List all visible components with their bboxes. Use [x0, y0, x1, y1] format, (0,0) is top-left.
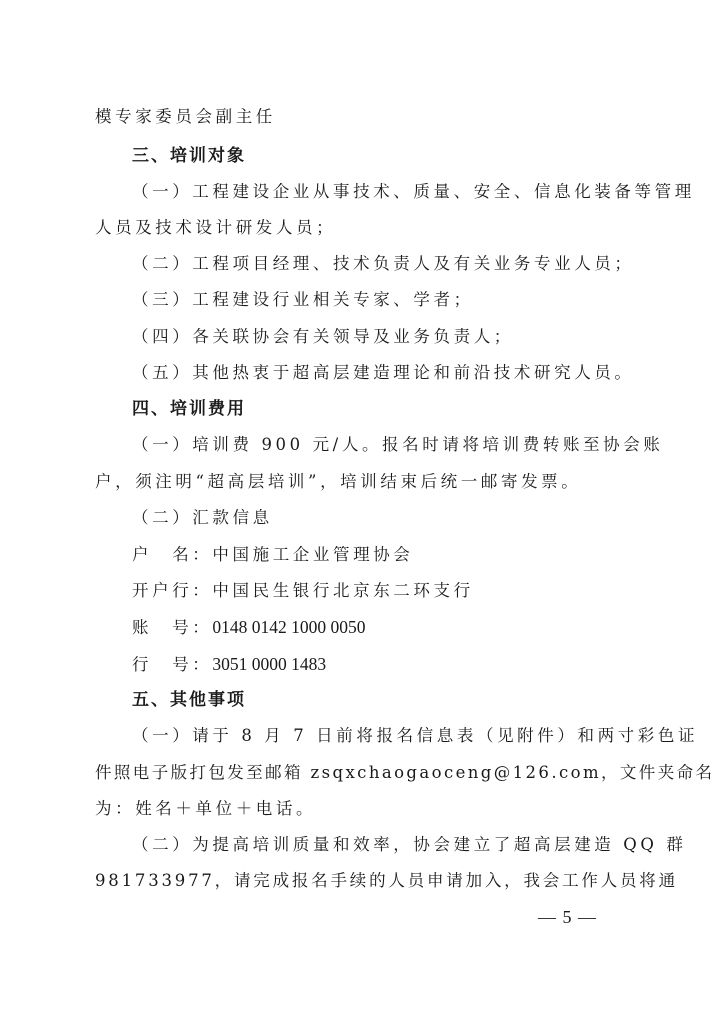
paragraph-line: （一）培训费 900 元/人。报名时请将培训费转账至协会账: [132, 434, 672, 456]
remittance-account-number: 账 号：0148 0142 1000 0050: [132, 616, 672, 639]
remittance-bank-code: 行 号：3051 0000 1483: [132, 653, 672, 676]
remittance-bank: 开户行：中国民生银行北京东二环支行: [132, 580, 672, 602]
paragraph-line-email: 件照电子版打包发至邮箱 zsqxchaogaoceng@126.com，文件夹命…: [95, 762, 635, 784]
paragraph-line: （一）请于 8 月 7 日前将报名信息表（见附件）和两寸彩色证: [132, 725, 672, 747]
paragraph-line: （一）工程建设企业从事技术、质量、安全、信息化装备等管理: [132, 181, 672, 203]
account-name-value: 中国施工企业管理协会: [212, 545, 413, 564]
paragraph-line: （二）为提高培训质量和效率，协会建立了超高层建造 QQ 群: [132, 834, 672, 856]
paragraph-line: （二）汇款信息: [132, 507, 672, 529]
paragraph-line: （四）各关联协会有关领导及业务负责人；: [132, 326, 672, 348]
paragraph-line: 为：姓名＋单位＋电话。: [95, 798, 635, 820]
bank-label: 开户行：: [132, 580, 212, 602]
account-name-label: 户 名：: [132, 544, 212, 566]
account-number-value: 0148 0142 1000 0050: [212, 617, 365, 637]
paragraph-line-qq-group: 981733977，请完成报名手续的人员申请加入，我会工作人员将通: [95, 870, 635, 892]
bank-code-label: 行 号：: [132, 654, 212, 676]
bank-code-value: 3051 0000 1483: [212, 654, 326, 674]
paragraph-line: （二）工程项目经理、技术负责人及有关业务专业人员；: [132, 253, 672, 275]
document-page: 模专家委员会副主任 三、培训对象 （一）工程建设企业从事技术、质量、安全、信息化…: [0, 0, 723, 1024]
account-number-label: 账 号：: [132, 617, 212, 639]
page-number: — 5 —: [538, 907, 597, 928]
paragraph-line: （五）其他热衷于超高层建造理论和前沿技术研究人员。: [132, 362, 672, 384]
continuation-line: 模专家委员会副主任: [95, 106, 635, 128]
section-heading-other-matters: 五、其他事项: [132, 689, 672, 711]
section-heading-training-fees: 四、培训费用: [132, 398, 672, 420]
section-heading-training-targets: 三、培训对象: [132, 145, 672, 167]
remittance-account-name: 户 名：中国施工企业管理协会: [132, 544, 672, 566]
paragraph-line: 人员及技术设计研发人员；: [95, 217, 635, 239]
paragraph-line: （三）工程建设行业相关专家、学者；: [132, 289, 672, 311]
paragraph-line: 户，须注明“超高层培训”，培训结束后统一邮寄发票。: [95, 471, 635, 493]
bank-value: 中国民生银行北京东二环支行: [212, 581, 473, 600]
